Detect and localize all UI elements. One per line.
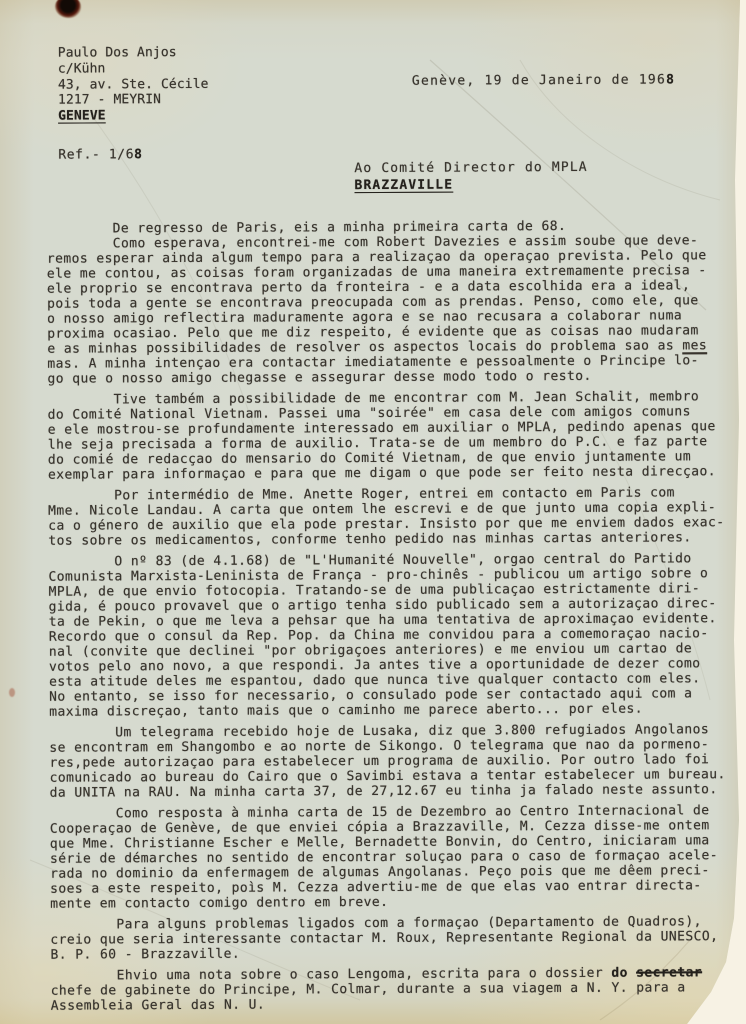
- text-line: c/Kühn: [58, 61, 209, 78]
- text-line: GENEVE: [58, 108, 209, 125]
- text-line: mente em contacto comigo dentro em breve…: [50, 893, 740, 912]
- text-line: BRAZZAVILLE: [354, 176, 587, 194]
- text-segment: secretar: [636, 965, 702, 980]
- text-segment: Genève, 19 de Janeiro de 196: [412, 72, 666, 88]
- text-line: 1217 - MEYRIN: [58, 92, 209, 109]
- letter-text-layer: Paulo Dos Anjosc/Kühn43, av. Ste. Cécile…: [0, 0, 746, 1024]
- text-line: go que o nosso amigo chegasse e assegura…: [47, 368, 737, 387]
- text-segment: 8: [666, 72, 675, 87]
- text-segment: do: [611, 966, 636, 981]
- text-segment: Ref.- 1/6: [58, 147, 134, 162]
- reference-number: Ref.- 1/68: [58, 147, 142, 162]
- text-line: Ao Comité Director do MPLA: [354, 159, 587, 177]
- paragraph: O nº 83 (de 4.1.68) de "L'Humanité Nouve…: [48, 551, 739, 720]
- paragraph: Ehvio uma nota sobre o caso Lengoma, esc…: [51, 965, 741, 1014]
- text-line: da UNITA na RAU. Na minha carta 37, de 2…: [50, 782, 740, 801]
- paragraph: Tive também a possibilidade de me encont…: [48, 389, 738, 483]
- paragraph: Um telegrama recebido hoje de Lusaka, di…: [49, 722, 739, 801]
- text-line: B. P. 60 - Brazzaville.: [50, 944, 740, 963]
- text-segment: BRAZZAVILLE: [354, 178, 453, 194]
- paragraph: Como resposta à minha carta de 15 de Dez…: [50, 803, 741, 912]
- text-segment: 8: [134, 147, 143, 162]
- text-line: maxima discreçao, tanto mais que o camin…: [49, 701, 739, 720]
- text-line: 43, av. Ste. Cécile: [58, 76, 209, 93]
- text-line: tos sobre os medicamentos, conforme tenh…: [48, 530, 738, 549]
- sender-address-block: Paulo Dos Anjosc/Kühn43, av. Ste. Cécile…: [58, 45, 209, 125]
- scanned-letter-page: Paulo Dos Anjosc/Kühn43, av. Ste. Cécile…: [0, 0, 746, 1024]
- letter-body: De regresso de Paris, eis a minha primei…: [47, 218, 741, 1020]
- text-line: exemplar para informaçao e para que me d…: [48, 464, 738, 483]
- text-segment: GENEVE: [58, 109, 106, 124]
- paragraph: De regresso de Paris, eis a minha primei…: [47, 218, 738, 387]
- text-segment: mes: [682, 338, 707, 353]
- paragraph: Por intermédio de Mme. Anette Roger, ent…: [48, 485, 738, 549]
- text-line: Paulo Dos Anjos: [58, 45, 209, 62]
- paper-sheet: Paulo Dos Anjosc/Kühn43, av. Ste. Cécile…: [0, 0, 746, 1024]
- paragraph: Para alguns problemas ligados com a form…: [50, 914, 740, 963]
- text-line: Assembleia Geral das N. U.: [51, 995, 741, 1014]
- recipient-block: Ao Comité Director do MPLABRAZZAVILLE: [354, 159, 588, 194]
- date-line: Genève, 19 de Janeiro de 1968: [412, 72, 675, 88]
